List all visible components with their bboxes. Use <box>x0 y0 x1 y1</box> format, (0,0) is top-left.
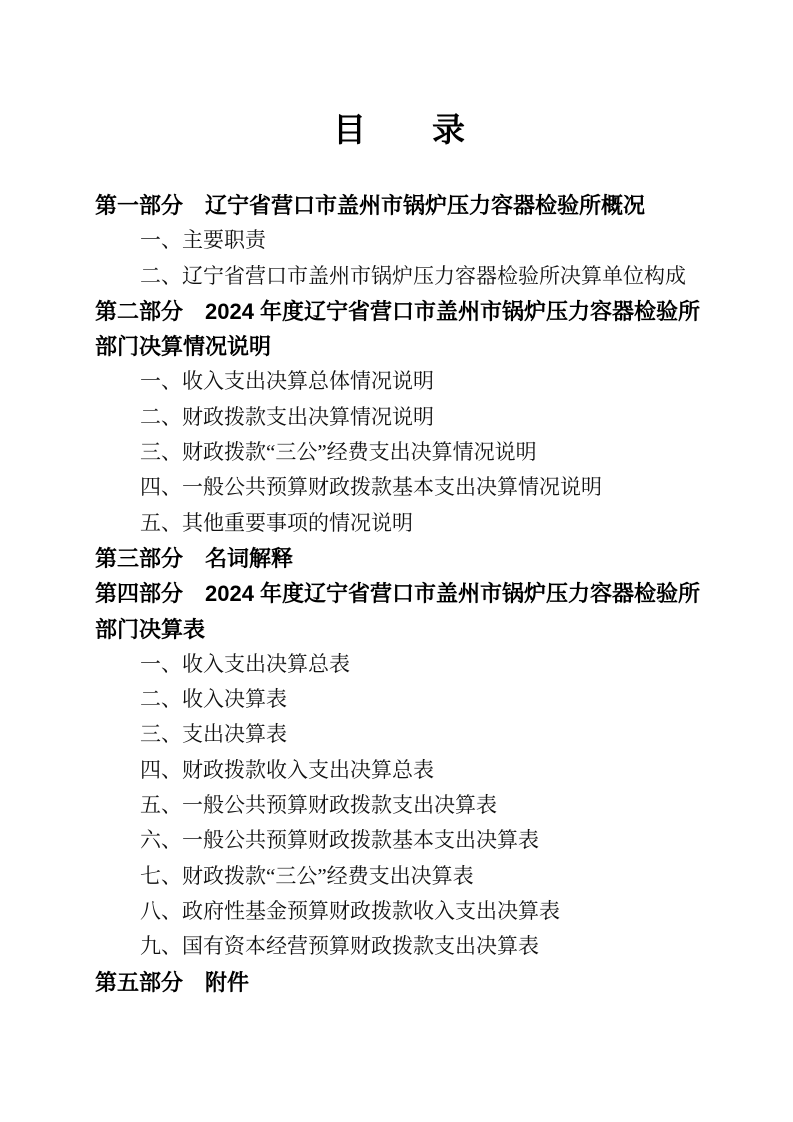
toc-section-heading-5: 第五部分 附件 <box>95 965 703 1000</box>
toc-item: 一、主要职责 <box>95 223 703 258</box>
toc-item: 二、收入决算表 <box>95 682 703 717</box>
toc-item: 五、一般公共预算财政拨款支出决算表 <box>95 788 703 823</box>
document-page: 目 录 第一部分 辽宁省营口市盖州市锅炉压力容器检验所概况 一、主要职责 二、辽… <box>0 0 793 1122</box>
toc-item: 三、支出决算表 <box>95 717 703 752</box>
toc-item: 四、财政拨款收入支出决算总表 <box>95 753 703 788</box>
toc-item: 三、财政拨款“三公”经费支出决算情况说明 <box>95 435 703 470</box>
toc-item: 一、收入支出决算总表 <box>95 647 703 682</box>
toc-item: 八、政府性基金预算财政拨款收入支出决算表 <box>95 894 703 929</box>
toc-item: 四、一般公共预算财政拨款基本支出决算情况说明 <box>95 470 703 505</box>
toc-section-heading-4: 第四部分 2024 年度辽宁省营口市盖州市锅炉压力容器检验所部门决算表 <box>95 576 703 647</box>
toc-item: 二、辽宁省营口市盖州市锅炉压力容器检验所决算单位构成 <box>95 259 703 294</box>
toc-section-heading-2: 第二部分 2024 年度辽宁省营口市盖州市锅炉压力容器检验所部门决算情况说明 <box>95 294 703 365</box>
page-title: 目 录 <box>95 110 703 150</box>
toc-item: 二、财政拨款支出决算情况说明 <box>95 400 703 435</box>
table-of-contents: 第一部分 辽宁省营口市盖州市锅炉压力容器检验所概况 一、主要职责 二、辽宁省营口… <box>95 188 703 1000</box>
toc-section-heading-3: 第三部分 名词解释 <box>95 541 703 576</box>
toc-item: 五、其他重要事项的情况说明 <box>95 506 703 541</box>
toc-item: 七、财政拨款“三公”经费支出决算表 <box>95 859 703 894</box>
toc-item: 一、收入支出决算总体情况说明 <box>95 364 703 399</box>
toc-item: 六、一般公共预算财政拨款基本支出决算表 <box>95 823 703 858</box>
toc-section-heading-1: 第一部分 辽宁省营口市盖州市锅炉压力容器检验所概况 <box>95 188 703 223</box>
toc-item: 九、国有资本经营预算财政拨款支出决算表 <box>95 929 703 964</box>
